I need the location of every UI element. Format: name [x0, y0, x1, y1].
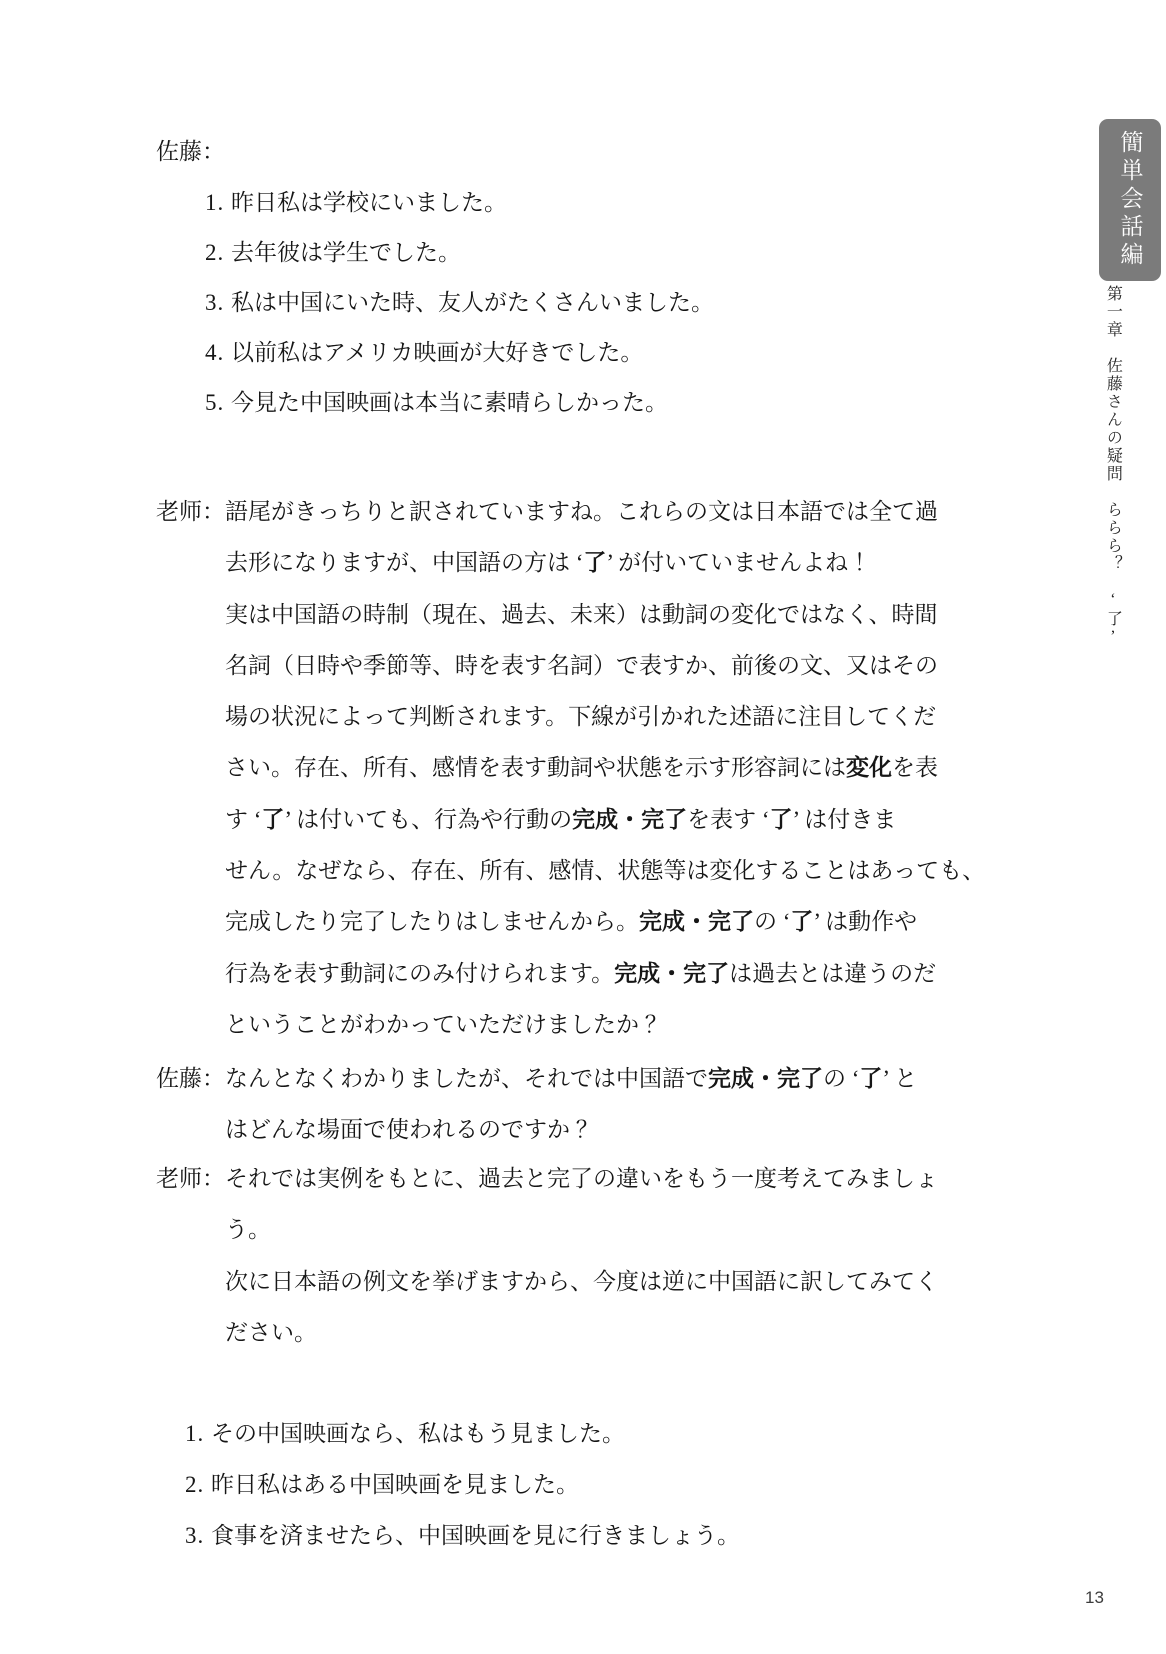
- item-text: 去年彼は学生でした。: [231, 240, 461, 265]
- item-text: 今見た中国映画は本当に素晴らしかった。: [231, 390, 668, 415]
- dialogue-line: 実は中国語の時制（現在、過去、未来）は動詞の変化ではなく、時間: [225, 589, 1036, 640]
- list-item: 2. 昨日私はある中国映画を見ました。: [185, 1459, 740, 1510]
- dialogue-block-teacher-2: 老师：それでは実例をもとに、過去と完了の違いをもう一度考えてみましょう。次に日本…: [156, 1153, 1036, 1358]
- text-segment: す ‘: [225, 807, 261, 832]
- text-segment: 次に日本語の例文を挙げますから、今度は逆に中国語に訳してみてく: [225, 1269, 938, 1294]
- text-segment: 名詞（日時や季節等、時を表す名詞）で表すか、前後の文、又はその: [225, 653, 938, 678]
- list-item: 1. 昨日私は学校にいました。: [205, 178, 714, 228]
- emphasis-text: 完成・完了: [614, 960, 729, 986]
- dialogue-line: 行為を表す動詞にのみ付けられます。完成・完了は過去とは違うのだ: [225, 948, 1036, 999]
- list-item: 5. 今見た中国映画は本当に素晴らしかった。: [205, 378, 714, 428]
- text-segment: を表: [892, 755, 938, 780]
- list-item: 3. 食事を済ませたら、中国映画を見に行きましょう。: [185, 1510, 740, 1561]
- item-text: 以前私はアメリカ映画が大好きでした。: [231, 340, 643, 365]
- list-item: 2. 去年彼は学生でした。: [205, 228, 714, 278]
- dialogue-line: 名詞（日時や季節等、時を表す名詞）で表すか、前後の文、又はその: [225, 640, 1036, 691]
- emphasis-text: 了: [859, 1065, 882, 1091]
- emphasis-text: 変化: [846, 754, 892, 780]
- dialogue-line: 完成したり完了したりはしませんから。完成・完了の ‘了’ は動作や: [225, 896, 1036, 947]
- dialogue-block-teacher-1: 老师：語尾がきっちりと訳されていますね。これらの文は日本語では全て過去形になりま…: [156, 486, 1036, 1050]
- text-segment: それでは実例をもとに、過去と完了の違いをもう一度考えてみましょ: [225, 1166, 938, 1191]
- dialogue-line: 語尾がきっちりと訳されていますね。これらの文は日本語では全て過: [225, 486, 1036, 537]
- dialogue-speaker-label: 佐藤：: [156, 1053, 225, 1104]
- text-segment: はどんな場面で使われるのですか ？: [225, 1117, 599, 1142]
- item-text: 昨日私は学校にいました。: [231, 190, 507, 215]
- text-segment: を表す ‘: [687, 807, 769, 832]
- text-segment: ’ と: [882, 1066, 917, 1091]
- text-segment: の ‘: [754, 909, 790, 934]
- dialogue-speaker-label: 老师：: [156, 1153, 225, 1204]
- item-number: 1.: [205, 190, 231, 215]
- text-segment: 場の状況によって判断されます。下線が引かれた述語に注目してくだ: [225, 704, 936, 729]
- item-number: 3.: [185, 1523, 211, 1548]
- text-segment: の ‘: [823, 1066, 859, 1091]
- dialogue-line: はどんな場面で使われるのですか ？: [225, 1104, 1036, 1155]
- dialogue-line: 場の状況によって判断されます。下線が引かれた述語に注目してくだ: [225, 691, 1036, 742]
- text-segment: さい。存在、所有、感情を表す動詞や状態を示す形容詞には: [225, 755, 846, 780]
- item-text: 食事を済ませたら、中国映画を見に行きましょう。: [211, 1523, 740, 1548]
- item-text: 私は中国にいた時、友人がたくさんいました。: [231, 290, 714, 315]
- list-item: 1. その中国映画なら、私はもう見ました。: [185, 1408, 740, 1459]
- emphasis-text: 完成・完了: [572, 806, 687, 832]
- dialogue-line: 次に日本語の例文を挙げますから、今度は逆に中国語に訳してみてく: [225, 1256, 1036, 1307]
- text-segment: せん。なぜなら、存在、所有、感情、状態等は変化することはあっても、: [225, 858, 985, 883]
- dialogue-line: せん。なぜなら、存在、所有、感情、状態等は変化することはあっても、: [225, 845, 1036, 896]
- chapter-caption: 第一章 佐藤さんの疑問 ららら？ ‘了’: [1103, 285, 1121, 647]
- text-segment: ださい。: [225, 1320, 317, 1345]
- text-segment: 去形になりますが、中国語の方は ‘: [225, 550, 583, 575]
- text-segment: 実は中国語の時制（現在、過去、未来）は動詞の変化ではなく、時間: [225, 602, 938, 627]
- text-segment: ということがわかっていただけましたか ？: [225, 1012, 668, 1037]
- text-segment: なんとなくわかりましたが、それでは中国語で: [225, 1066, 708, 1091]
- item-number: 2.: [205, 240, 231, 265]
- dialogue-speaker-label: 老师：: [156, 486, 225, 537]
- dialogue-line: なんとなくわかりましたが、それでは中国語で完成・完了の ‘了’ と: [225, 1053, 1036, 1104]
- list-item: 4. 以前私はアメリカ映画が大好きでした。: [205, 328, 714, 378]
- item-number: 2.: [185, 1472, 211, 1497]
- text-segment: 行為を表す動詞にのみ付けられます。: [225, 961, 614, 986]
- emphasis-text: 了: [261, 806, 284, 832]
- item-number: 3.: [205, 290, 231, 315]
- item-number: 1.: [185, 1421, 211, 1446]
- text-segment: う。: [225, 1217, 271, 1242]
- page-number: 13: [1085, 1588, 1104, 1608]
- emphasis-text: 完成・完了: [639, 908, 754, 934]
- item-number: 5.: [205, 390, 231, 415]
- page: 佐藤： 1. 昨日私は学校にいました。2. 去年彼は学生でした。3. 私は中国に…: [0, 0, 1166, 1654]
- dialogue-line: 去形になりますが、中国語の方は ‘了’ が付いていませんよね ！: [225, 537, 1036, 588]
- example-list-1: 1. 昨日私は学校にいました。2. 去年彼は学生でした。3. 私は中国にいた時、…: [205, 178, 714, 428]
- text-segment: ’ は付いても、行為や行動の: [284, 807, 572, 832]
- dialogue-line: ということがわかっていただけましたか ？: [225, 999, 1036, 1050]
- text-segment: ’ は付きま: [793, 807, 897, 832]
- text-segment: ’ が付いていませんよね ！: [606, 550, 876, 575]
- item-text: その中国映画なら、私はもう見ました。: [211, 1421, 625, 1446]
- dialogue-line: ださい。: [225, 1307, 1036, 1358]
- dialogue-line: す ‘了’ は付いても、行為や行動の完成・完了を表す ‘了’ は付きま: [225, 794, 1036, 845]
- text-segment: ’ は動作や: [813, 909, 917, 934]
- section-tab: 簡単会話編: [1099, 119, 1161, 281]
- dialogue-line: それでは実例をもとに、過去と完了の違いをもう一度考えてみましょ: [225, 1153, 1036, 1204]
- text-segment: 語尾がきっちりと訳されていますね。これらの文は日本語では全て過: [225, 499, 938, 524]
- item-number: 4.: [205, 340, 231, 365]
- dialogue-block-sato: 佐藤：なんとなくわかりましたが、それでは中国語で完成・完了の ‘了’ とはどんな…: [156, 1053, 1036, 1156]
- list-item: 3. 私は中国にいた時、友人がたくさんいました。: [205, 278, 714, 328]
- example-list-2: 1. その中国映画なら、私はもう見ました。2. 昨日私はある中国映画を見ました。…: [185, 1408, 740, 1561]
- emphasis-text: 完成・完了: [708, 1065, 823, 1091]
- text-segment: は過去とは違うのだ: [729, 961, 936, 986]
- speaker-sato-intro: 佐藤：: [156, 137, 225, 167]
- emphasis-text: 了: [790, 908, 813, 934]
- emphasis-text: 了: [583, 549, 606, 575]
- text-segment: 完成したり完了したりはしませんから。: [225, 909, 639, 934]
- dialogue-line: う。: [225, 1204, 1036, 1255]
- dialogue-line: さい。存在、所有、感情を表す動詞や状態を示す形容詞には変化を表: [225, 742, 1036, 793]
- emphasis-text: 了: [770, 806, 793, 832]
- section-tab-label: 簡単会話編: [1119, 130, 1142, 270]
- item-text: 昨日私はある中国映画を見ました。: [211, 1472, 579, 1497]
